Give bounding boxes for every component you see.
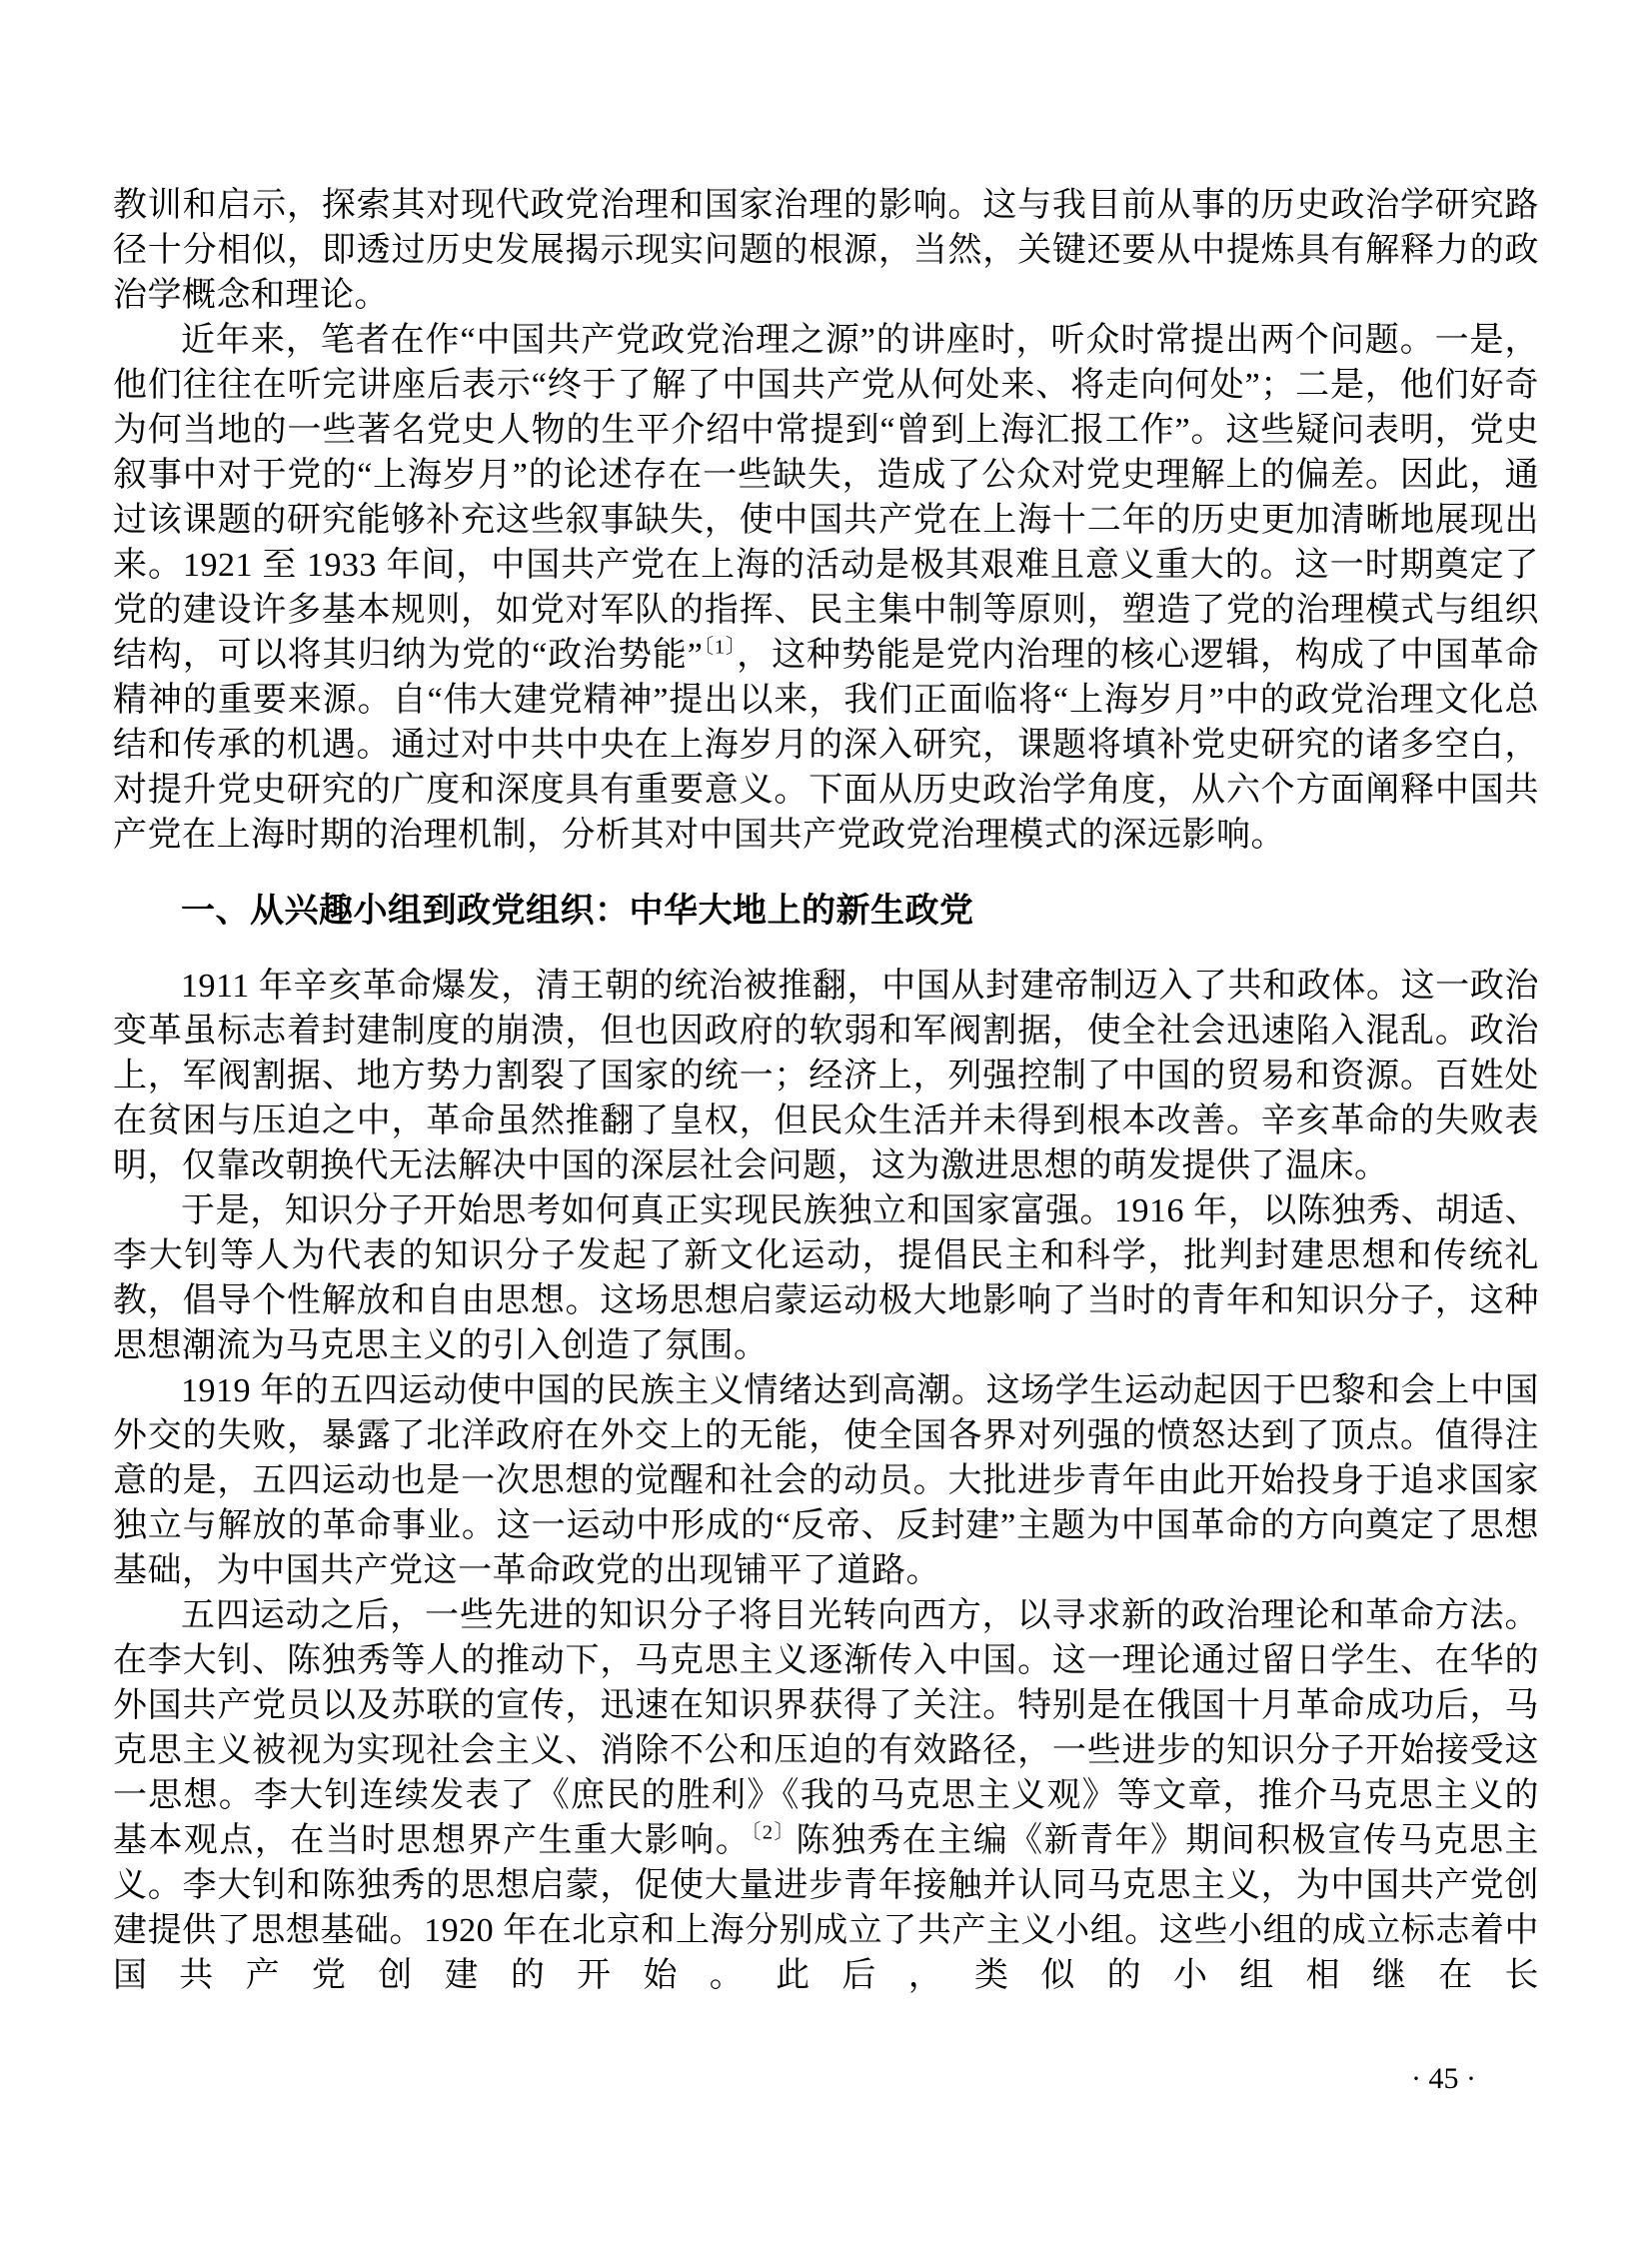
paragraph: 近年来，笔者在作“中国共产党政党治理之源”的讲座时，听众时常提出两个问题。一是，… (113, 318, 1539, 858)
text-run: 一、从兴趣小组到政党组织：中华大地上的新生政党 (181, 892, 974, 930)
footnote-ref: 〔1〕 (703, 637, 737, 659)
document-page: 教训和启示，探索其对现代政党治理和国家治理的影响。这与我目前从事的历史政治学研究… (0, 0, 1652, 2243)
text-run: 近年来，笔者在作“中国共产党政党治理之源”的讲座时，听众时常提出两个问题。一是，… (113, 322, 1539, 674)
page-number: · 45 · (1411, 2061, 1476, 2097)
text-run: 1919 年的五四运动使中国的民族主义情绪达到高潮。这场学生运动起因于巴黎和会上… (113, 1372, 1539, 1589)
text-run: 1911 年辛亥革命爆发，清王朝的统治被推翻，中国从封建帝制迈入了共和政体。这一… (113, 968, 1539, 1184)
text-run: 教训和启示，探索其对现代政党治理和国家治理的影响。这与我目前从事的历史政治学研究… (113, 187, 1539, 314)
article-body: 教训和启示，探索其对现代政党治理和国家治理的影响。这与我目前从事的历史政治学研究… (113, 183, 1539, 1998)
paragraph: 于是，知识分子开始思考如何真正实现民族独立和国家富强。1916 年，以陈独秀、胡… (113, 1188, 1539, 1368)
footnote-ref: 〔2〕 (751, 1822, 796, 1844)
paragraph: 1911 年辛亥革命爆发，清王朝的统治被推翻，中国从封建帝制迈入了共和政体。这一… (113, 964, 1539, 1188)
paragraph: 1919 年的五四运动使中国的民族主义情绪达到高潮。这场学生运动起因于巴黎和会上… (113, 1368, 1539, 1593)
paragraph: 五四运动之后，一些先进的知识分子将目光转向西方，以寻求新的政治理论和革命方法。在… (113, 1593, 1539, 1998)
text-run: 于是，知识分子开始思考如何真正实现民族独立和国家富强。1916 年，以陈独秀、胡… (113, 1192, 1539, 1364)
text-run: 五四运动之后，一些先进的知识分子将目光转向西方，以寻求新的政治理论和革命方法。在… (113, 1597, 1539, 1859)
paragraph: 教训和启示，探索其对现代政党治理和国家治理的影响。这与我目前从事的历史政治学研究… (113, 183, 1539, 318)
section-heading: 一、从兴趣小组到政党组织：中华大地上的新生政党 (113, 888, 1539, 934)
